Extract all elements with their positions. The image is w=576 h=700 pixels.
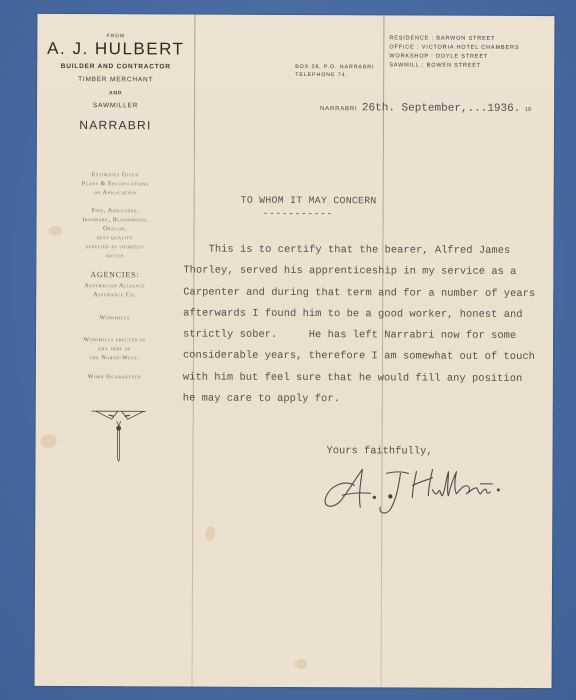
trade-line: BUILDER AND CONTRACTOR (37, 63, 194, 71)
work-guaranteed: Work Guaranteed (36, 373, 193, 383)
letterhead-box-telephone: BOX 28, P.O. NARRABRI TELEPHONE 74. (295, 63, 374, 79)
body-line: Thorley, served his apprenticeship in my… (183, 261, 553, 284)
body-line: he may care to apply for. (183, 389, 553, 412)
trade-line: SAWMILLER (37, 102, 194, 110)
telephone: TELEPHONE 74. (295, 71, 374, 79)
heading-underline: ----------- (263, 208, 333, 219)
agency-assurance: Australian Alliance Assurance Co. (36, 282, 193, 301)
letterhead-left-column: FROM A. J. HULBERT BUILDER AND CONTRACTO… (37, 14, 194, 15)
letter-body: This is to certify that the bearer, Alfr… (183, 240, 554, 412)
handwritten-signature: A. J. Hulbert (320, 463, 510, 520)
services-timber: Pine, Appletree, Ironbark, Bloodwood, Or… (36, 207, 193, 262)
body-line: with him but feel sure that he would fil… (183, 367, 553, 390)
foxing-stain (205, 527, 215, 541)
business-name: A. J. HULBERT (37, 39, 194, 60)
agency-windmills-erected: Windmills erected in any part of the Nor… (36, 336, 193, 364)
compass-square-emblem-icon (89, 407, 149, 467)
foxing-stain (41, 434, 57, 448)
body-line: considerable years, therefore I am somew… (183, 346, 553, 369)
trade-line: TIMBER MERCHANT (37, 76, 194, 84)
services-estimates: Estimates Given Plans & Specifications o… (37, 171, 194, 199)
body-line: strictly sober. He has left Narrabri now… (183, 325, 553, 348)
body-line: Carpenter and during that term and for a… (183, 282, 553, 305)
agencies-label: AGENCIES: (36, 270, 193, 280)
letterhead-addresses: RESIDENCE : BARWON STREET OFFICE : VICTO… (389, 34, 519, 71)
closing: Yours faithfully, (327, 445, 433, 457)
trade-line: AND (37, 90, 194, 97)
body-line: This is to certify that the bearer, Alfr… (183, 240, 553, 263)
date-century-prefix: 19 (525, 107, 531, 113)
agency-windmills: Windmills (36, 314, 193, 324)
letter-paper: FROM A. J. HULBERT BUILDER AND CONTRACTO… (35, 14, 555, 688)
letter-heading: TO WHOM IT MAY CONCERN (241, 195, 377, 207)
dateline: NARRABRI 26th. September,...1936. 19 (320, 97, 531, 116)
address-sawmill: SAWMILL : BOWEN STREET (389, 61, 519, 71)
town-name: NARRABRI (37, 118, 194, 133)
date-typed: 26th. September,...1936. (362, 102, 520, 115)
foxing-stain (295, 659, 307, 669)
date-town: NARRABRI (320, 106, 357, 112)
body-line: afterwards I found him to be a good work… (183, 303, 553, 326)
